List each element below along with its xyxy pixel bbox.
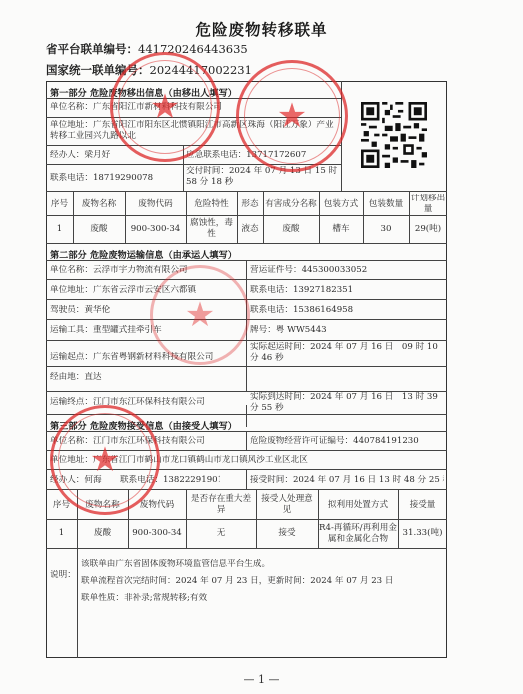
part2-origin: 运输起点：广东省粤钢新材料科技有限公司 [50, 352, 242, 363]
part1-handover-time: 交付时间：2024 年 07 月 13 日 15 时 58 分 18 秒 [186, 166, 340, 188]
divider [46, 191, 447, 192]
part2-via: 经由地：直达 [50, 372, 350, 383]
part2-vehicle: 运输工具：重型罐式挂牵引车 [50, 325, 242, 336]
divider [46, 319, 447, 320]
divider [246, 431, 247, 450]
divider [46, 164, 341, 165]
divider [46, 548, 447, 549]
part1-unit-address: 单位地址：广东省阳江市阳东区北惯镇阳江市高新区珠海（阳江万象）产业转移工业园兴九… [50, 120, 338, 142]
divider [46, 450, 447, 451]
table-cell: 900-300-34 [126, 217, 185, 241]
part1-unit-name: 单位名称：广东省阳江市新材料科技有限公司 [50, 102, 338, 113]
part1-handler: 经办人：梁月好 [50, 150, 180, 161]
part2-unit-name: 单位名称：云浮市宇力物流有限公司 [50, 265, 242, 276]
table-cell: 废酸 [264, 217, 318, 241]
divider [246, 405, 247, 427]
notes-line: 该联单由广东省固体废物环境监管信息平台生成。 [81, 559, 441, 570]
table-header: 序号 [47, 194, 72, 214]
divider [46, 243, 447, 244]
table-header: 计划移出量 [410, 194, 446, 214]
part1-heading: 第一部分 危险废物移出信息（由移出人填写） [50, 85, 237, 99]
table-header: 接受人处理意见 [257, 492, 317, 518]
part2-heading: 第二部分 危险废物运输信息（由承运人填写） [50, 247, 237, 261]
table-header: 包装方式 [320, 194, 362, 214]
page-number: — 1 — [0, 673, 523, 686]
part2-license-number: 营运证件号：445300033052 [250, 265, 444, 276]
divider [183, 145, 184, 191]
divider [46, 299, 447, 300]
part3-handler: 经办人：何海 [50, 475, 102, 486]
table-cell: 废酸 [78, 521, 127, 546]
table-cell: 1 [47, 521, 76, 546]
provincial-number-line: 省平台联单编号：441720246443635 [46, 41, 248, 57]
document-title: 危险废物转移联单 [0, 18, 523, 40]
part3-permit-number: 危险废物经营许可证编号：440784191230 [250, 436, 444, 447]
part1-emergency-phone: 应急联系电话：13717172607 [186, 150, 340, 161]
divider [246, 469, 247, 489]
table-cell: 30 [364, 217, 408, 241]
divider [77, 548, 78, 658]
notes-line: 联单流程首次完结时间：2024 年 07 月 23 日，更新时间：2024 年 … [81, 576, 441, 587]
part2-contact-phone-1: 联系电话：13927182351 [250, 285, 444, 296]
table-cell: R4-再循环/再利用金属和金属化合物 [319, 521, 397, 546]
divider [46, 215, 447, 216]
table-header: 序号 [47, 492, 76, 518]
national-number-line: 国家统一联单编号：20244417002231 [46, 62, 252, 78]
table-cell: 腐蚀性，毒性 [187, 217, 236, 241]
table-header: 拟利用处置方式 [319, 492, 397, 518]
table-header: 废物代码 [126, 194, 185, 214]
national-number-label: 国家统一联单编号： [46, 63, 150, 77]
divider [46, 117, 341, 118]
qr-code [361, 102, 427, 168]
table-header: 危险特性 [187, 194, 236, 214]
table-header: 废物代码 [129, 492, 185, 518]
table-cell: 31.33(吨) [399, 521, 446, 546]
part2-arrival-time: 实际到达时间：2024 年 07 月 16 日 13 时 39 分 55 秒 [250, 392, 444, 414]
table-header: 接受量 [399, 492, 446, 518]
table-header: 有害成分名称 [264, 194, 318, 214]
table-cell: 无 [187, 521, 255, 546]
table-cell: 1 [47, 217, 72, 241]
part2-contact-phone-2: 联系电话：15386164958 [250, 305, 444, 316]
divider [46, 414, 447, 415]
part2-unit-address: 单位地址：广东省云浮市云安区六都镇 [50, 285, 242, 296]
part3-contact-phone: 联系电话：13822291901 [120, 475, 220, 486]
part2-driver: 驾驶员：黄华伦 [50, 305, 242, 316]
part3-unit-address: 单位地址：广东省江门市鹤山市龙口镇鹤山市龙口镇风沙工业区北区 [50, 455, 440, 466]
table-cell: 29(吨) [410, 217, 446, 241]
table-cell: 废酸 [74, 217, 124, 241]
part3-heading: 第三部分 危险废物接受信息（由接受人填写） [50, 418, 237, 432]
table-cell: 液态 [238, 217, 262, 241]
table-header: 废物名称 [78, 492, 127, 518]
provincial-number-label: 省平台联单编号： [46, 42, 138, 56]
part3-receive-time: 接受时间：2024 年 07 月 16 日 13 时 48 分 25 秒 [250, 475, 444, 486]
divider [46, 366, 447, 367]
divider [46, 519, 447, 520]
part2-departure-time: 实际起运时间：2024 年 07 月 16 日 09 时 10 分 46 秒 [250, 342, 444, 364]
part3-unit-name: 单位名称：江门市东江环保科技有限公司 [50, 436, 242, 447]
table-cell: 槽车 [320, 217, 362, 241]
divider [46, 279, 447, 280]
part2-destination: 运输终点：江门市东江环保科技有限公司 [50, 397, 242, 408]
divider [341, 81, 342, 191]
divider [46, 489, 447, 490]
table-header: 形态 [238, 194, 262, 214]
part1-contact-phone: 联系电话：18719290078 [50, 173, 180, 184]
provincial-number: 441720246443635 [138, 42, 248, 56]
table-cell: 接受 [257, 521, 317, 546]
table-header: 包装数量 [364, 194, 408, 214]
notes-line: 联单性质：非补录;常规转移;有效 [81, 593, 441, 604]
table-header: 废物名称 [74, 194, 124, 214]
table-cell: 900-300-34 [129, 521, 185, 546]
divider [46, 145, 341, 146]
national-number: 20244417002231 [150, 63, 252, 77]
divider [46, 340, 447, 341]
table-header: 是否存在重大差异 [187, 492, 255, 518]
divider [46, 98, 341, 99]
part2-plate-number: 牌号：粤 WW5443 [250, 325, 444, 336]
notes-label: 说明： [50, 570, 77, 581]
